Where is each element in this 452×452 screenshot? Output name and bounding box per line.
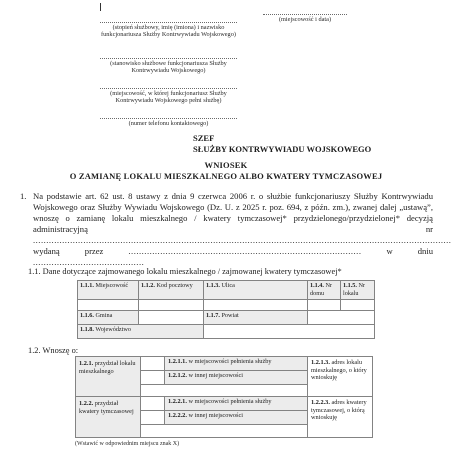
input-cell-miejscowosc[interactable] [78, 300, 139, 311]
label-powiat: 1.1.7. Powiat [204, 311, 308, 325]
col-header-miejscowosc: 1.1.1. Miejscowość [78, 281, 139, 300]
input-cell-powiat[interactable] [308, 311, 375, 325]
option-label-1-2-2-1: 1.2.2.1. w miejscowości pełnienia służby [165, 397, 307, 410]
address-cell-1-2-1-3[interactable]: 1.2.1.3. adres lokalu mieszkalnego, o kt… [308, 357, 372, 396]
blank-rank-name-line[interactable] [100, 22, 237, 23]
input-cell-wojewodztwo[interactable] [204, 325, 375, 339]
blank-phone-line[interactable] [100, 118, 237, 119]
word-w-dniu: w dniu [387, 246, 434, 256]
field-caption: (stanowisko służbowe funkcjonariusza Słu… [100, 60, 237, 75]
option-label-1-2-2-2: 1.2.2.2. w innej miejscowości [165, 411, 307, 424]
empty-cell[interactable] [141, 385, 307, 396]
input-cell-ulica[interactable] [204, 300, 308, 311]
word-wydana: wydaną [33, 246, 60, 256]
addressee-line2: SŁUŻBY KONTRWYWIADU WOJSKOWEGO [193, 144, 371, 155]
document-title: WNIOSEK O ZAMIANĘ LOKALU MIESZKALNEGO AL… [0, 160, 452, 182]
table-request-options: 1.2.1. przydział lokalu mieszkalnego 1.2… [75, 356, 373, 438]
blank-decision-number[interactable]: ........................................… [33, 235, 452, 245]
paragraph-number: 1. [20, 191, 26, 202]
option-label-1-2-1-1: 1.2.1.1. w miejscowości pełnienia służby [165, 357, 307, 370]
addressee-block: SZEF SŁUŻBY KONTRWYWIADU WOJSKOWEGO [193, 133, 371, 154]
empty-cell[interactable] [141, 425, 307, 437]
col-header-kod-pocztowy: 1.1.2. Kod pocztowy [139, 281, 204, 300]
blank-issue-date[interactable]: ........................................… [33, 257, 144, 267]
option-row: 1.2.2.1. w miejscowości pełnienia służby [141, 397, 307, 411]
blank-service-town-line[interactable] [100, 88, 237, 89]
label-przydzial-kwatery: 1.2.2. przydział kwatery tymczasowej [76, 397, 141, 437]
paragraph-text: Na podstawie art. 62 ust. 8 ustawy z dni… [33, 191, 433, 234]
field-caption: (miejscowość, w której funkcjonariusz Sł… [100, 90, 237, 105]
option-row: 1.2.2.2. w innej miejscowości [141, 411, 307, 425]
table-occupied-premises: 1.1.1. Miejscowość 1.1.2. Kod pocztowy 1… [77, 280, 375, 339]
input-cell-nr-lokalu[interactable] [341, 300, 375, 311]
label-przydzial-lokalu: 1.2.1. przydział lokalu mieszkalnego [76, 357, 141, 396]
table-row: 1.2.2. przydział kwatery tymczasowej 1.2… [76, 397, 372, 437]
title-line2: O ZAMIANĘ LOKALU MIESZKALNEGO ALBO KWATE… [0, 171, 452, 182]
col-header-nr-domu: 1.1.4. Nr domu [308, 281, 341, 300]
col-header-nr-lokalu: 1.1.5. Nr lokalu [341, 281, 375, 300]
checkbox-cell-1-2-1-2[interactable] [141, 371, 165, 384]
blank-position-line[interactable] [100, 58, 237, 59]
option-label-1-2-1-2: 1.2.1.2. w innej miejscowości [165, 371, 307, 384]
cursor-mark [100, 3, 101, 11]
field-caption: (stopień służbowy, imię (imiona) i nazwi… [100, 24, 237, 39]
footnote-instruction: (Wstawić w odpowiednim miejscu znak X) [75, 441, 179, 447]
field-service-town: (miejscowość, w której funkcjonariusz Sł… [100, 88, 237, 105]
address-cell-1-2-2-3[interactable]: 1.2.2.3. adres kwatery tymczasowej, o kt… [308, 397, 372, 437]
options-column: 1.2.1.1. w miejscowości pełnienia służby… [141, 357, 308, 396]
word-przez: przez [85, 246, 104, 256]
checkbox-cell-1-2-2-2[interactable] [141, 411, 165, 424]
field-phone: (numer telefonu kontaktowego) [100, 118, 237, 127]
paragraph-legal-basis: 1.Na podstawie art. 62 ust. 8 ustawy z d… [20, 191, 433, 268]
options-column: 1.2.2.1. w miejscowości pełnienia służby… [141, 397, 308, 437]
field-position: (stanowisko służbowe funkcjonariusza Słu… [100, 58, 237, 75]
title-line1: WNIOSEK [0, 160, 452, 171]
blank-place-date-line[interactable] [263, 14, 347, 15]
field-caption: (numer telefonu kontaktowego) [100, 120, 237, 127]
section-1-2-heading: 1.2. Wnoszę o: [28, 346, 78, 356]
table-row: 1.2.1. przydział lokalu mieszkalnego 1.2… [76, 357, 372, 397]
blank-issued-by[interactable]: ........................................… [128, 246, 361, 256]
input-cell-nr-domu[interactable] [308, 300, 341, 311]
option-row: 1.2.1.2. w innej miejscowości [141, 371, 307, 385]
option-row: 1.2.1.1. w miejscowości pełnienia służby [141, 357, 307, 371]
col-header-ulica: 1.1.3. Ulica [204, 281, 308, 300]
input-cell-gmina[interactable] [139, 311, 204, 325]
checkbox-cell-1-2-1-1[interactable] [141, 357, 165, 370]
field-place-date: (miejscowość i data) [263, 14, 347, 23]
form-document: (stopień służbowy, imię (imiona) i nazwi… [0, 0, 452, 452]
field-caption: (miejscowość i data) [263, 16, 347, 23]
label-gmina: 1.1.6. Gmina [78, 311, 139, 325]
checkbox-cell-1-2-2-1[interactable] [141, 397, 165, 410]
label-wojewodztwo: 1.1.8. Województwo [78, 325, 204, 339]
input-cell-kod-pocztowy[interactable] [139, 300, 204, 311]
field-rank-name: (stopień służbowy, imię (imiona) i nazwi… [100, 22, 237, 39]
section-1-1-heading: 1.1. Dane dotyczące zajmowanego lokalu m… [28, 267, 438, 277]
addressee-line1: SZEF [193, 133, 371, 144]
